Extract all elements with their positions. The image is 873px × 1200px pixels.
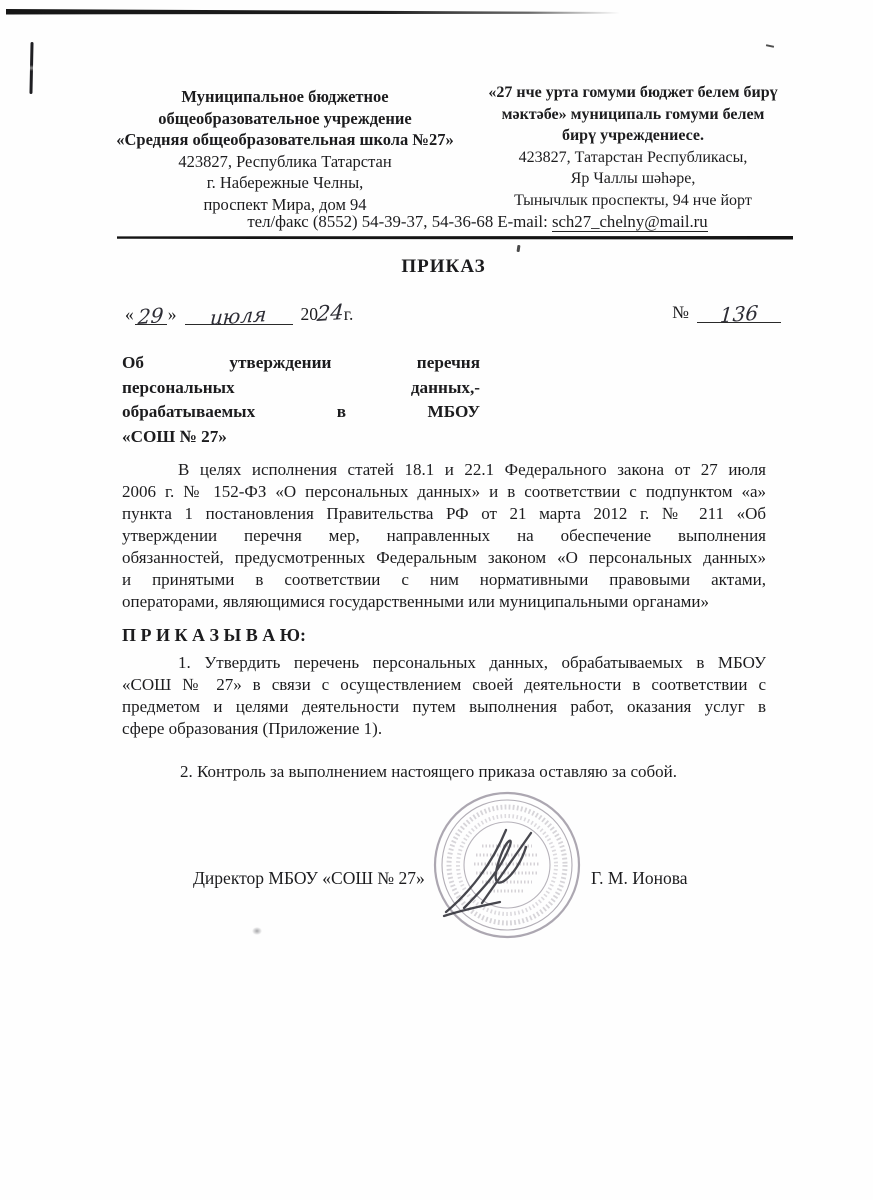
document-page: Муниципальное бюджетное общеобразователь… (0, 0, 873, 1200)
body-line: и принятыми в соответствии с ним нормати… (122, 569, 766, 591)
subject-line: персональных данных,- (122, 376, 480, 401)
order-item-2: 2. Контроль за выполнением настоящего пр… (122, 762, 766, 782)
body-line: обязанностей, предусмотренных Федеральны… (122, 547, 766, 569)
body-line: 2006 г. № 152-ФЗ «О персональных данных»… (122, 481, 766, 503)
date-month-blank: июля (185, 303, 293, 325)
order-item-1: 1. Утвердить перечень персональных данны… (122, 652, 766, 740)
item-line: сфере образования (Приложение 1). (122, 718, 766, 740)
scan-artifact-smudge (252, 927, 262, 935)
org-name-line: мәктәбе» муниципаль гомуми белем (458, 104, 808, 126)
number-sign: № (672, 302, 689, 322)
date-field: «29»июля2024г. (125, 301, 353, 325)
item-line: 1. Утвердить перечень персональных данны… (122, 652, 766, 674)
body-line: пункта 1 постановления Правительства РФ … (122, 503, 766, 525)
body-line: утверждении перечня мер, направленных на… (122, 525, 766, 547)
signature-role: Директор МБОУ «СОШ № 27» (193, 868, 425, 889)
org-address-line: Тынычлык проспекты, 94 нче йорт (458, 190, 808, 212)
phone-fax-text: тел/факс (8552) 54-39-37, 54-36-68 E-mai… (247, 212, 552, 231)
org-address-line: 423827, Республика Татарстан (103, 151, 467, 173)
order-number-field: №136 (672, 301, 781, 325)
org-name-line: бирү учреждениесе. (458, 125, 808, 147)
org-address-line: Яр Чаллы шәһәре, (458, 168, 808, 190)
quote-open: « (125, 304, 134, 324)
scan-artifact-tick (517, 245, 521, 252)
contact-line: тел/факс (8552) 54-39-37, 54-36-68 E-mai… (122, 212, 799, 232)
body-line: В целях исполнения статей 18.1 и 22.1 Фе… (122, 459, 766, 481)
handwritten-day: 29 (137, 305, 164, 327)
body-line: операторами, являющимися государственным… (122, 591, 766, 613)
org-address-line: г. Набережные Челны, (103, 172, 467, 194)
year-prefix: 20 (301, 304, 319, 324)
scan-artifact-dash (766, 44, 774, 48)
order-verb-heading: П Р И К А З Ы В А Ю: (122, 625, 306, 646)
round-stamp-and-signature (430, 788, 584, 942)
org-name-line: «Средняя общеобразовательная школа №27» (103, 129, 467, 151)
org-name-line: общеобразовательное учреждение (103, 108, 467, 130)
email-link[interactable]: sch27_chelny@mail.ru (552, 212, 708, 232)
scan-artifact-top-line (6, 8, 620, 15)
item-line: предметом и целями деятельности путем вы… (122, 696, 766, 718)
signature-name: Г. М. Ионова (591, 868, 688, 889)
org-address-line: 423827, Татарстан Республикасы, (458, 147, 808, 169)
subject-line: обрабатываемых в МБОУ (122, 400, 480, 425)
scan-artifact-pen-mark (29, 42, 33, 94)
date-and-number-row: «29»июля2024г. №136 (125, 301, 781, 325)
item-line: «СОШ № 27» в связи с осуществлением свое… (122, 674, 766, 696)
document-title: ПРИКАЗ (122, 256, 765, 278)
date-day-blank: 29 (135, 303, 167, 325)
quote-close: » (168, 304, 177, 324)
org-name-line: Муниципальное бюджетное (103, 86, 467, 108)
handwritten-year: 24 (316, 300, 344, 326)
handwritten-signature (444, 830, 531, 916)
letterhead-russian: Муниципальное бюджетное общеобразователь… (103, 86, 467, 215)
org-name-line: «27 нче урта гомуми бюджет белем бирү (458, 82, 808, 104)
order-subject: Об утверждении перечня персональных данн… (122, 351, 480, 449)
subject-line: Об утверждении перечня (122, 351, 480, 376)
order-preamble: В целях исполнения статей 18.1 и 22.1 Фе… (122, 459, 766, 613)
handwritten-order-number: 136 (719, 303, 759, 326)
order-number-blank: 136 (697, 301, 781, 323)
letterhead-divider (117, 236, 793, 240)
subject-line: «СОШ № 27» (122, 425, 480, 450)
letterhead-tatar: «27 нче урта гомуми бюджет белем бирү мә… (458, 82, 808, 211)
handwritten-month: июля (210, 304, 268, 328)
year-unit: г. (344, 304, 354, 324)
